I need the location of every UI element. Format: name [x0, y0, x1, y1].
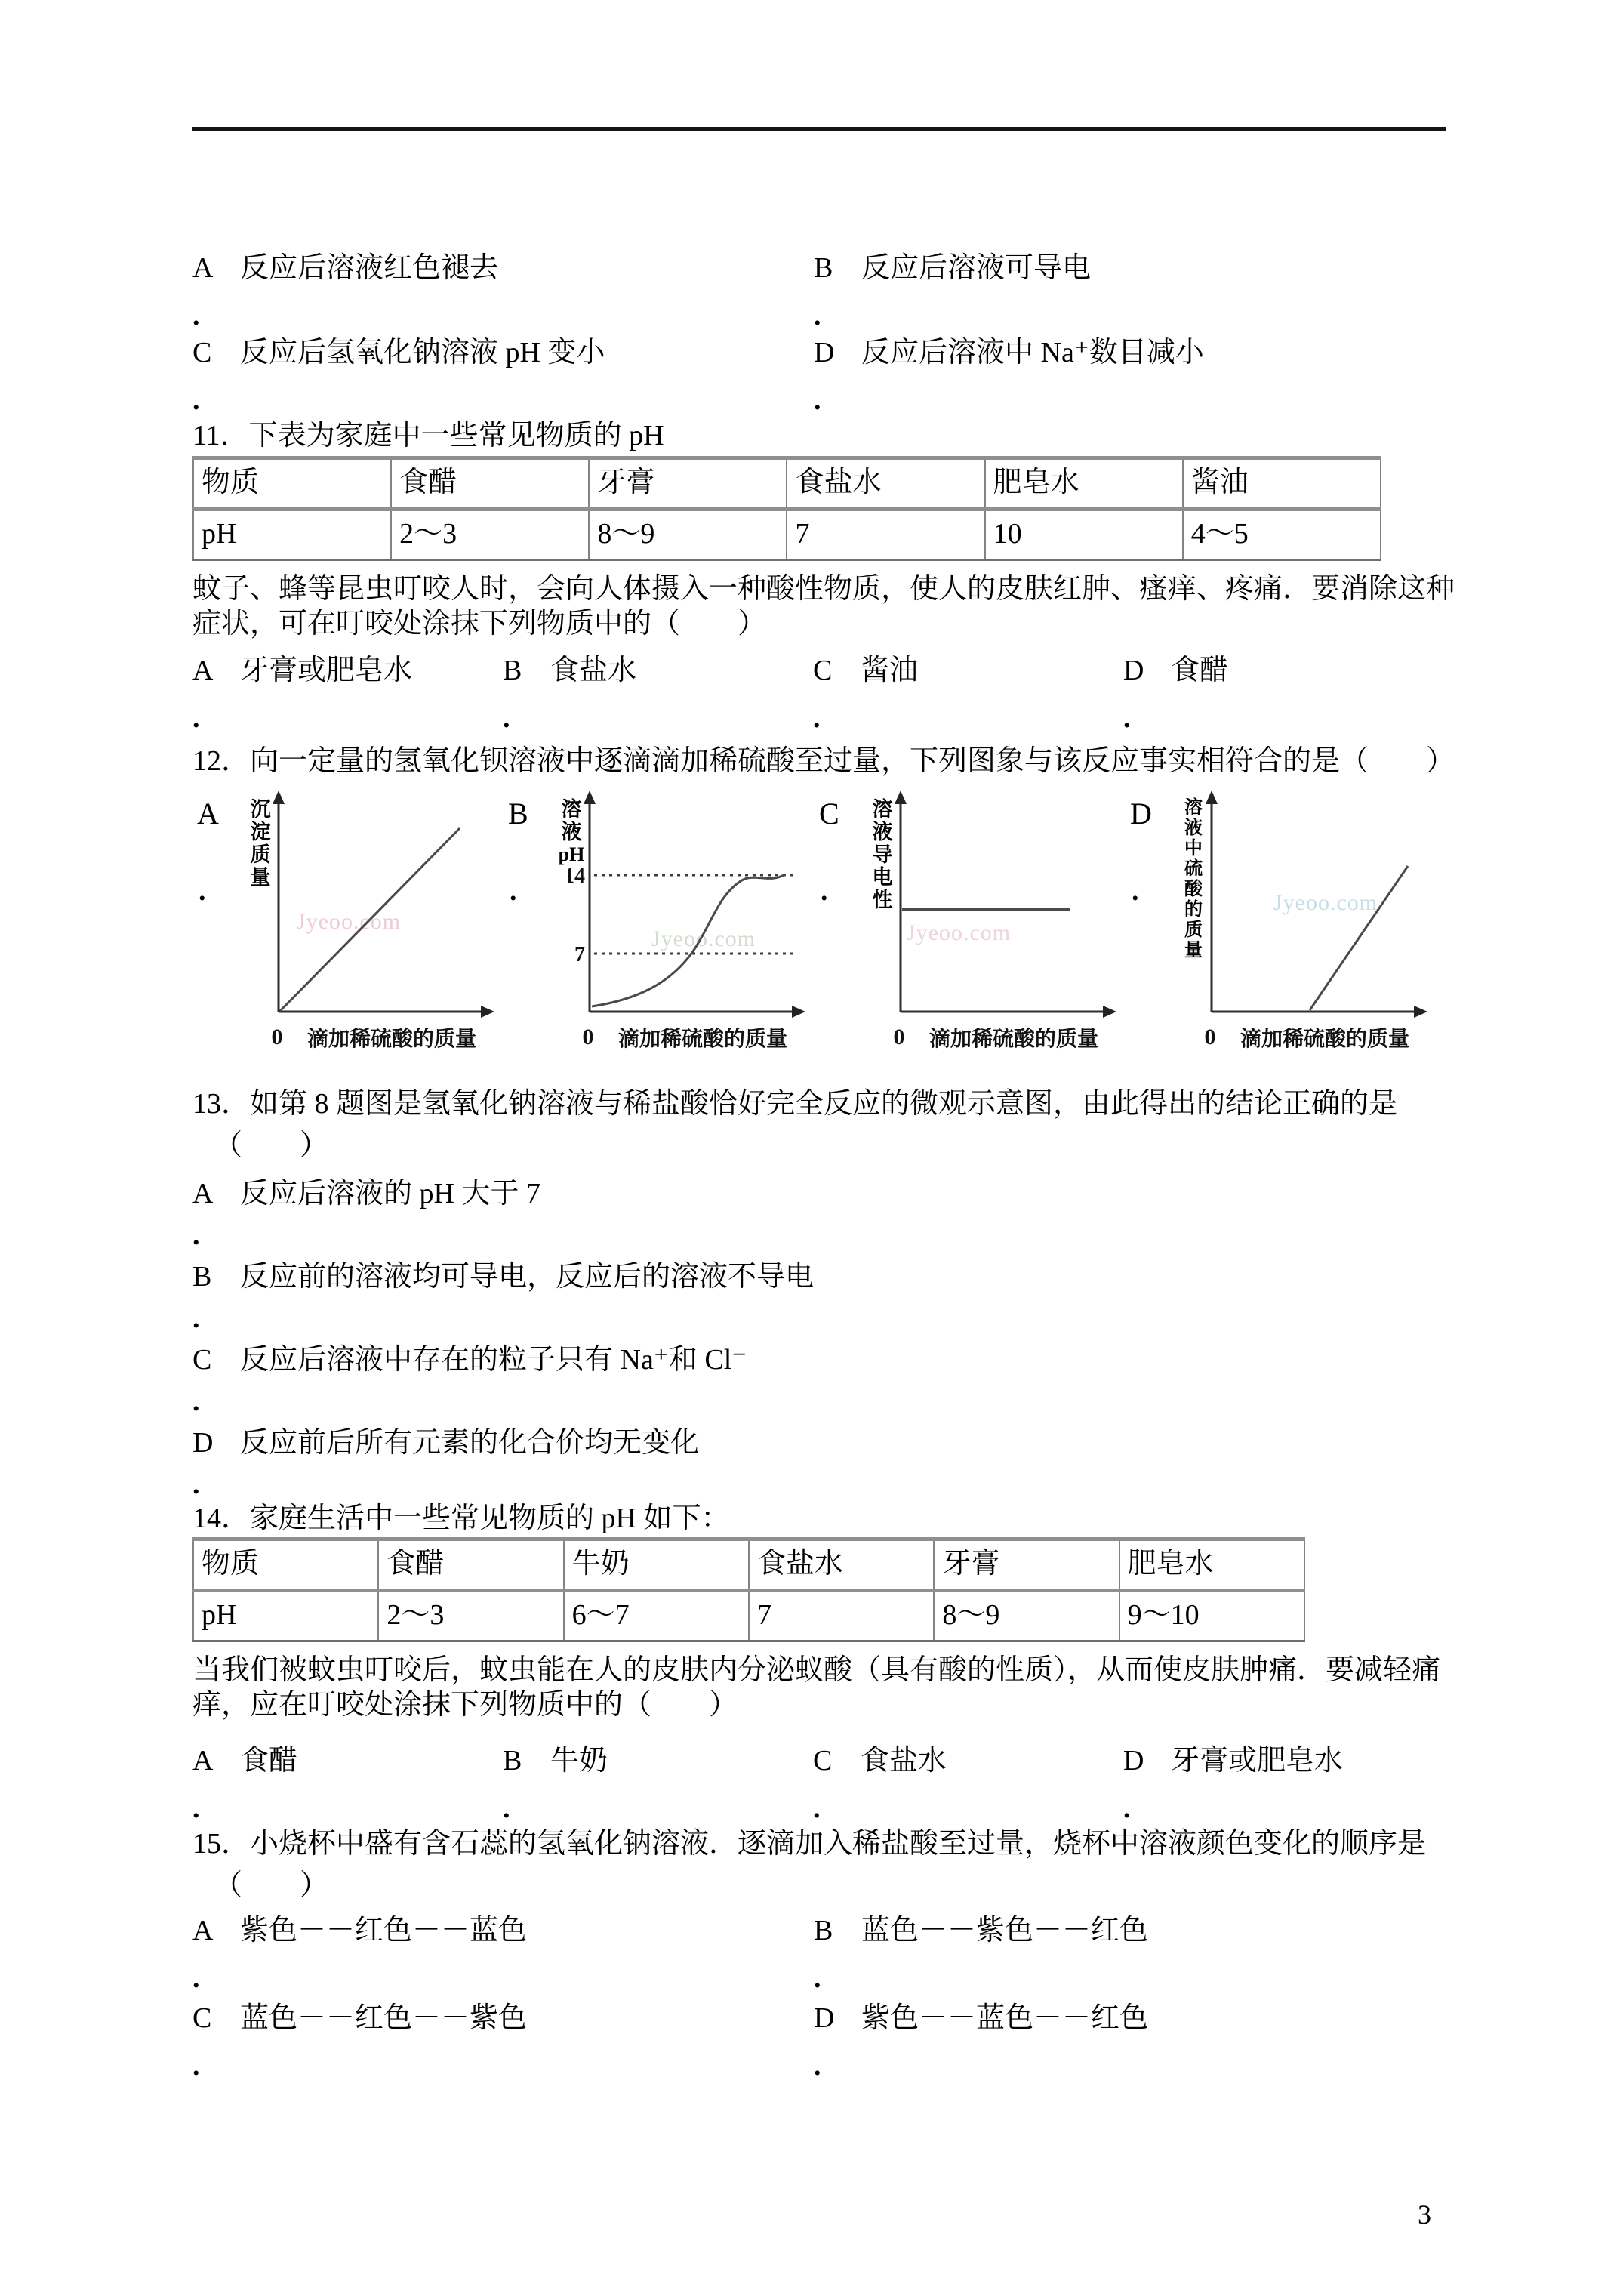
q11-option-d: D 食醋 — [1123, 653, 1461, 688]
q14-option-c: C 食盐水 — [813, 1743, 1123, 1778]
q13-heading: 13．如第 8 题图是氢氧化钠溶液与稀盐酸恰好完全反应的微观示意图，由此得出的结… — [192, 1086, 1461, 1121]
q14-heading: 14．家庭生活中一些常见物质的 pH 如下： — [192, 1501, 1461, 1536]
q12-charts-row: A . 沉淀质量 Jyeoo.com 0 滴加稀硫酸的质量 B . 溶液pH — [192, 789, 1461, 1055]
period-mark: . — [1123, 703, 1131, 733]
watermark: Jyeoo.com — [297, 909, 401, 934]
x-axis-title: 滴加稀硫酸的质量 — [929, 1026, 1098, 1051]
header-cell: 牙膏 — [934, 1539, 1119, 1591]
period-mark: . — [1132, 874, 1139, 908]
q10-option-b: B 反应后溶液可导电 — [814, 251, 1461, 285]
dots-row: . . — [192, 385, 1461, 415]
option-text: 反应后溶液中 Na⁺数目减小 — [861, 335, 1204, 370]
header-cell: 酱油 — [1183, 458, 1381, 510]
q14-options-row: A 食醋 B 牛奶 C 食盐水 D 牙膏或肥皂水 — [192, 1743, 1461, 1778]
option-text: 食盐水 — [550, 653, 636, 688]
top-rule — [192, 127, 1446, 131]
page-content: A 反应后溶液红色褪去 B 反应后溶液可导电 . . C 反应后氢氧化钠溶液 p… — [192, 0, 1461, 2081]
q13-option-a: A 反应后溶液的 pH 大于 7 — [192, 1176, 1461, 1211]
option-letter: C — [813, 653, 861, 688]
option-text: 反应后溶液可导电 — [861, 251, 1091, 285]
table-header-row: 物质 食醋 牛奶 食盐水 牙膏 肥皂水 — [193, 1539, 1304, 1591]
value-cell: 7 — [787, 510, 984, 560]
option-letter: D — [814, 335, 861, 370]
y-axis-arrow-icon — [584, 791, 596, 804]
period-mark: . — [192, 300, 200, 331]
solution-ph-graph: Jyeoo.com 14 7 0 滴加稀硫酸的质量 — [568, 789, 811, 1055]
x-axis-title: 滴加稀硫酸的质量 — [618, 1026, 787, 1051]
option-letter: C — [192, 2001, 240, 2036]
q15-option-a: A 紫色－－红色－－蓝色 — [192, 1913, 814, 1948]
q11-paragraph: 蚊子、蜂等昆虫叮咬人时，会向人体摄入一种酸性物质，使人的皮肤红肿、瘙痒、疼痛．要… — [192, 572, 1461, 641]
page-number: 3 — [1418, 2199, 1431, 2230]
q11-option-b: B 食盐水 — [503, 653, 813, 688]
option-text: 反应前后所有元素的化合价均无变化 — [240, 1425, 699, 1460]
y-axis-arrow-icon — [895, 791, 907, 804]
header-cell: 肥皂水 — [985, 458, 1183, 510]
q11-options-row: A 牙膏或肥皂水 B 食盐水 C 酱油 D 食醋 — [192, 653, 1461, 688]
option-text: 反应后溶液中存在的粒子只有 Na⁺和 Cl⁻ — [240, 1342, 747, 1377]
dots-row: . . . . — [192, 703, 1461, 733]
period-mark: . — [192, 1302, 200, 1334]
q11-ph-table: 物质 食醋 牙膏 食盐水 肥皂水 酱油 pH 2～3 8～9 7 10 4～5 — [192, 456, 1381, 561]
period-mark: . — [814, 1963, 821, 1993]
q13-option-b: B 反应前的溶液均可导电，反应后的溶液不导电 — [192, 1259, 1461, 1294]
precipitate-mass-graph: Jyeoo.com 0 滴加稀硫酸的质量 — [257, 789, 500, 1055]
y-axis-arrow-icon — [1206, 791, 1218, 804]
header-cell: 食醋 — [378, 1539, 563, 1591]
option-letter: D — [1130, 797, 1152, 831]
period-mark: . — [510, 874, 517, 908]
tick-14: 14 — [568, 864, 585, 888]
dots-row: . . . . — [192, 1793, 1461, 1823]
q15-heading: 15．小烧杯中盛有含石蕊的氢氧化钠溶液．逐滴加入稀盐酸至过量，烧杯中溶液颜色变化… — [192, 1826, 1461, 1861]
option-letter: A — [192, 1743, 240, 1778]
header-cell: 食盐水 — [787, 458, 984, 510]
option-letter: D — [1123, 653, 1171, 688]
period-mark: . — [192, 1469, 200, 1500]
value-cell: 7 — [749, 1591, 934, 1641]
origin-label: 0 — [272, 1025, 283, 1049]
conductivity-graph: Jyeoo.com 0 滴加稀硫酸的质量 — [879, 789, 1123, 1055]
option-letter: B — [503, 1743, 550, 1778]
x-axis-title: 滴加稀硫酸的质量 — [1240, 1026, 1409, 1051]
period-mark: . — [192, 385, 200, 415]
period-mark: . — [192, 1385, 200, 1417]
value-cell: 2～3 — [378, 1591, 563, 1641]
y-axis-arrow-icon — [273, 791, 285, 804]
value-cell: 8～9 — [934, 1591, 1119, 1641]
q14-ph-table: 物质 食醋 牛奶 食盐水 牙膏 肥皂水 pH 2～3 6～7 7 8～9 9～1… — [192, 1537, 1305, 1642]
option-text: 食盐水 — [861, 1743, 947, 1778]
dots-row: . . — [192, 1963, 1461, 1993]
sulfuric-acid-mass-curve — [1310, 866, 1408, 1010]
q14-option-a: A 食醋 — [192, 1743, 503, 1778]
option-text: 食醋 — [240, 1743, 297, 1778]
origin-label: 0 — [1205, 1025, 1216, 1049]
option-letter: D — [192, 1425, 240, 1460]
option-text: 牙膏或肥皂水 — [240, 653, 412, 688]
period-mark: . — [192, 2051, 200, 2081]
chart-option-b: B . 溶液pH Jyeoo.com 14 7 0 滴加稀硫酸的质量 — [504, 789, 815, 1055]
x-axis-title: 滴加稀硫酸的质量 — [307, 1026, 476, 1051]
q14-paragraph: 当我们被蚊虫叮咬后，蚊虫能在人的皮肤内分泌蚁酸（具有酸的性质），从而使皮肤肿痛．… — [192, 1653, 1461, 1722]
option-text: 食醋 — [1171, 653, 1228, 688]
option-letter: B — [814, 1913, 861, 1948]
q13-option-d: D 反应前后所有元素的化合价均无变化 — [192, 1425, 1461, 1460]
table-header-row: 物质 食醋 牙膏 食盐水 肥皂水 酱油 — [193, 458, 1381, 510]
option-letter: C — [819, 797, 839, 831]
option-text: 牛奶 — [550, 1743, 608, 1778]
option-text: 反应后溶液红色褪去 — [240, 251, 498, 285]
header-cell: 物质 — [193, 458, 391, 510]
q15-options-row-2: C 蓝色－－红色－－紫色 D 紫色－－蓝色－－红色 — [192, 2001, 1461, 2036]
option-letter: B — [508, 797, 528, 831]
value-cell: 2～3 — [391, 510, 589, 560]
dots-row: . — [192, 1220, 1461, 1250]
exam-page: A 反应后溶液红色褪去 B 反应后溶液可导电 . . C 反应后氢氧化钠溶液 p… — [0, 0, 1623, 2296]
q10-options-row-1: A 反应后溶液红色褪去 B 反应后溶液可导电 — [192, 251, 1461, 285]
header-cell: 物质 — [193, 1539, 378, 1591]
table-data-row: pH 2～3 8～9 7 10 4～5 — [193, 510, 1381, 560]
period-mark: . — [192, 1219, 200, 1251]
value-cell: 4～5 — [1183, 510, 1381, 560]
header-cell: 牛奶 — [564, 1539, 749, 1591]
q12-heading: 12．向一定量的氢氧化钡溶液中逐滴滴加稀硫酸至过量，下列图象与该反应事实相符合的… — [192, 744, 1461, 778]
option-letter: A — [192, 653, 240, 688]
chart-option-a: A . 沉淀质量 Jyeoo.com 0 滴加稀硫酸的质量 — [192, 789, 504, 1055]
option-text: 蓝色－－红色－－紫色 — [240, 2001, 527, 2036]
dots-row: . — [192, 1303, 1461, 1333]
value-cell: 9～10 — [1119, 1591, 1304, 1641]
chart-option-d: D . 溶液中硫酸的质量 Jyeoo.com 0 滴加稀硫酸的质量 — [1126, 789, 1437, 1055]
q14-option-d: D 牙膏或肥皂水 — [1123, 1743, 1461, 1778]
option-letter: D — [1123, 1743, 1171, 1778]
watermark: Jyeoo.com — [651, 926, 756, 951]
option-letter: B — [814, 251, 861, 285]
tick-7: 7 — [574, 943, 585, 966]
dots-row: . . — [192, 300, 1461, 331]
period-mark: . — [814, 385, 821, 415]
origin-label: 0 — [894, 1025, 905, 1049]
q11-option-c: C 酱油 — [813, 653, 1123, 688]
option-text: 反应前的溶液均可导电，反应后的溶液不导电 — [240, 1259, 814, 1294]
period-mark: . — [1123, 1793, 1131, 1823]
value-cell: 8～9 — [589, 510, 787, 560]
period-mark: . — [192, 1793, 200, 1823]
period-mark: . — [199, 874, 206, 908]
value-cell: 6～7 — [564, 1591, 749, 1641]
option-letter: B — [503, 653, 550, 688]
q15-options-row-1: A 紫色－－红色－－蓝色 B 蓝色－－紫色－－红色 — [192, 1913, 1461, 1948]
period-mark: . — [192, 703, 200, 733]
option-text: 紫色－－蓝色－－红色 — [861, 2001, 1148, 2036]
q14-option-b: B 牛奶 — [503, 1743, 813, 1778]
origin-label: 0 — [583, 1025, 594, 1049]
header-cell: 牙膏 — [589, 458, 787, 510]
row-label-cell: pH — [193, 510, 391, 560]
option-letter: A — [197, 797, 219, 831]
sulfuric-acid-mass-graph: Jyeoo.com 0 滴加稀硫酸的质量 — [1190, 789, 1434, 1055]
option-letter: D — [814, 2001, 861, 2036]
x-axis-arrow-icon — [792, 1006, 805, 1018]
dots-row: . . — [192, 2051, 1461, 2081]
q10-option-c: C 反应后氢氧化钠溶液 pH 变小 — [192, 335, 814, 370]
option-letter: A — [192, 251, 240, 285]
option-letter: C — [192, 335, 240, 370]
watermark: Jyeoo.com — [907, 920, 1011, 945]
x-axis-arrow-icon — [481, 1006, 494, 1018]
header-cell: 食醋 — [391, 458, 589, 510]
q10-options-row-2: C 反应后氢氧化钠溶液 pH 变小 D 反应后溶液中 Na⁺数目减小 — [192, 335, 1461, 370]
option-text: 紫色－－红色－－蓝色 — [240, 1913, 527, 1948]
q15-option-c: C 蓝色－－红色－－紫色 — [192, 2001, 814, 2036]
period-mark: . — [503, 1793, 510, 1823]
q11-option-a: A 牙膏或肥皂水 — [192, 653, 503, 688]
option-letter: B — [192, 1259, 240, 1294]
option-letter: C — [813, 1743, 861, 1778]
header-cell: 食盐水 — [749, 1539, 934, 1591]
table-data-row: pH 2～3 6～7 7 8～9 9～10 — [193, 1591, 1304, 1641]
x-axis-arrow-icon — [1103, 1006, 1116, 1018]
period-mark: . — [503, 703, 510, 733]
q10-option-a: A 反应后溶液红色褪去 — [192, 251, 814, 285]
dots-row: . — [192, 1386, 1461, 1416]
option-letter: A — [192, 1176, 240, 1211]
period-mark: . — [821, 874, 828, 908]
q15-option-b: B 蓝色－－紫色－－红色 — [814, 1913, 1461, 1948]
q15-answer-blank: （ ） — [192, 1868, 1461, 1903]
q13-option-c: C 反应后溶液中存在的粒子只有 Na⁺和 Cl⁻ — [192, 1342, 1461, 1377]
header-cell: 肥皂水 — [1119, 1539, 1304, 1591]
option-text: 反应后溶液的 pH 大于 7 — [240, 1176, 540, 1211]
value-cell: 10 — [985, 510, 1183, 560]
q11-heading: 11．下表为家庭中一些常见物质的 pH — [192, 418, 1461, 453]
option-text: 酱油 — [861, 653, 918, 688]
period-mark: . — [814, 2051, 821, 2081]
q10-option-d: D 反应后溶液中 Na⁺数目减小 — [814, 335, 1461, 370]
option-letter: A — [192, 1913, 240, 1948]
period-mark: . — [813, 703, 821, 733]
period-mark: . — [814, 300, 821, 331]
period-mark: . — [813, 1793, 821, 1823]
option-letter: C — [192, 1342, 240, 1377]
option-text: 牙膏或肥皂水 — [1171, 1743, 1343, 1778]
period-mark: . — [192, 1963, 200, 1993]
q13-answer-blank: （ ） — [192, 1128, 1461, 1163]
option-text: 蓝色－－紫色－－红色 — [861, 1913, 1148, 1948]
row-label-cell: pH — [193, 1591, 378, 1641]
watermark: Jyeoo.com — [1273, 890, 1378, 915]
x-axis-arrow-icon — [1414, 1006, 1427, 1018]
dots-row: . — [192, 1469, 1461, 1499]
q15-option-d: D 紫色－－蓝色－－红色 — [814, 2001, 1461, 2036]
chart-option-c: C . 溶液导电性 Jyeoo.com 0 滴加稀硫酸的质量 — [815, 789, 1126, 1055]
option-text: 反应后氢氧化钠溶液 pH 变小 — [240, 335, 605, 370]
